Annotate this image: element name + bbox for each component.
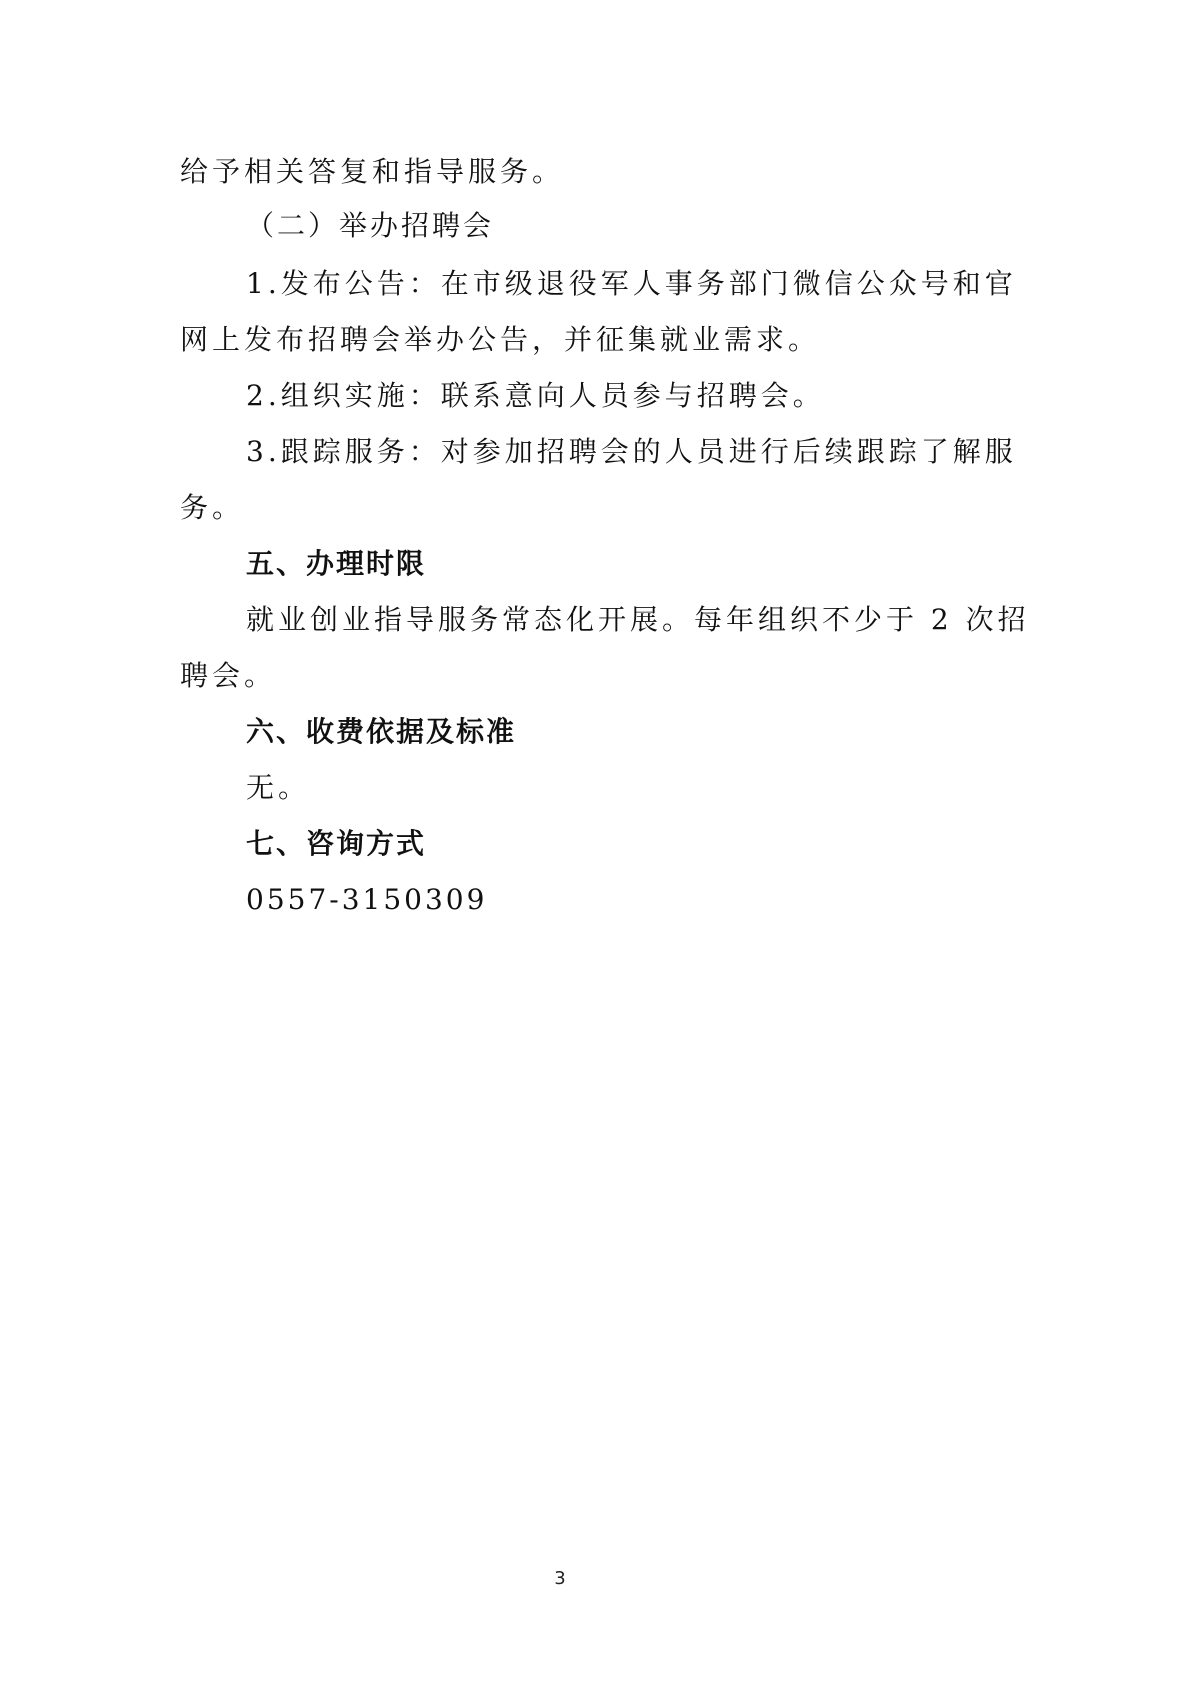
list-item-publish-notice: 1.发布公告：在市级退役军人事务部门微信公众号和官 [246, 264, 1086, 304]
section-heading-fees: 六、收费依据及标准 [246, 712, 1086, 752]
section-heading-time-limit: 五、办理时限 [246, 544, 1086, 584]
page-number: 3 [545, 1568, 575, 1589]
list-item-follow-up: 3.跟踪服务：对参加招聘会的人员进行后续跟踪了解服 [246, 432, 1086, 472]
paragraph-time-limit: 就业创业指导服务常态化开展。每年组织不少于 2 次招 [246, 600, 1086, 640]
paragraph-time-limit-cont: 聘会。 [180, 656, 1020, 696]
paragraph-continuation: 给予相关答复和指导服务。 [180, 152, 1020, 192]
paragraph-fees: 无。 [246, 768, 1086, 808]
list-item-follow-up-cont: 务。 [180, 488, 1020, 528]
section-heading-contact: 七、咨询方式 [246, 824, 1086, 864]
list-item-organize: 2.组织实施：联系意向人员参与招聘会。 [246, 376, 1086, 416]
subsection-heading-job-fair: （二）举办招聘会 [246, 206, 1086, 246]
document-page: 给予相关答复和指导服务。 （二）举办招聘会 1.发布公告：在市级退役军人事务部门… [0, 0, 1190, 1683]
contact-phone: 0557-3150309 [246, 880, 1086, 920]
list-item-publish-notice-cont: 网上发布招聘会举办公告，并征集就业需求。 [180, 320, 1020, 360]
